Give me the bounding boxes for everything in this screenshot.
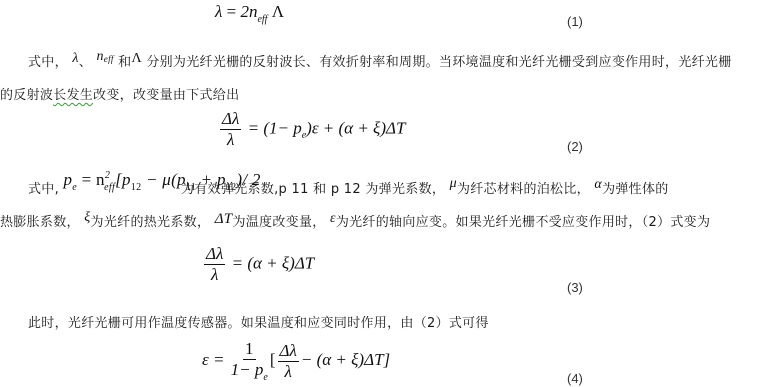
text: = n <box>77 170 105 189</box>
equation-number-1: (1) <box>567 14 583 29</box>
text: 为纤芯材料的泊松比， <box>457 182 590 197</box>
equation-4: ε = 1 1− pe [ Δλ λ − (α + ξ)ΔT] <box>202 340 390 382</box>
paragraph-3: 此时，光纤光栅可用作温度传感器。如果温度和应变同时作用，由（2）式可得 <box>28 316 489 332</box>
fraction-delta-lambda-over-lambda: Δλ λ <box>204 245 225 284</box>
rhs-rest: )ε + (α + ξ)ΔT <box>306 118 405 137</box>
bracket: [ <box>270 350 276 369</box>
superscript-2: 2 <box>105 170 110 181</box>
delta-T-symbol: ΔT <box>215 211 233 227</box>
paragraph-2-line-2: 热膨胀系数， ξ为光纤的热光系数， ΔT为温度改变量， ε为光纤的轴向应变。如果… <box>0 214 710 231</box>
spellcheck-underline[interactable]: 长发生 <box>53 88 93 103</box>
text: 1− p <box>231 360 264 379</box>
text: − μ(p <box>141 170 185 189</box>
Lambda-symbol: Λ <box>131 51 141 66</box>
text: 为有效弹光系数,p 11 和 p 12 为弹光系数， <box>181 182 445 197</box>
rhs: = (1− p <box>248 118 302 137</box>
text: 改变，改变量由下式给出 <box>93 88 239 103</box>
denominator: λ <box>211 265 218 284</box>
subscript-eff: eff <box>257 14 267 25</box>
rhs: = (α + ξ)ΔT <box>232 253 315 272</box>
equals-sign: = <box>227 2 237 21</box>
text: 式中, <box>28 182 59 197</box>
fraction-delta-lambda-over-lambda: Δλ λ <box>220 110 241 149</box>
subscript-e: e <box>263 372 267 383</box>
mu-symbol: μ <box>450 176 457 191</box>
equation-1: λ = 2neff Λ <box>215 2 284 22</box>
denominator: λ <box>227 130 234 149</box>
numerator: Δλ <box>278 342 299 362</box>
alpha-symbol: α <box>594 177 602 192</box>
paragraph-1-line-1: 式中， λ、 neff 和Λ 分别为光纤光栅的反射波长、有效折射率和周期。当环境… <box>28 55 732 71</box>
coefficient: 2n <box>240 2 257 21</box>
subscript-e: e <box>72 182 77 193</box>
paragraph-1-line-2: 的反射波长发生改变，改变量由下式给出 <box>0 88 239 104</box>
fraction-one-over-one-minus-pe: 1 1− pe <box>231 340 268 382</box>
equation-number-4: (4) <box>567 371 583 386</box>
text: 的反射波 <box>0 88 53 103</box>
text: 、 <box>79 55 92 70</box>
paragraph-2-line-1-rest: 为有效弹光系数,p 11 和 p 12 为弹光系数， μ为纤芯材料的泊松比， α… <box>181 182 669 198</box>
text: 分别为光纤光栅的反射波长、有效折射率和周期。当环境温度和光纤光栅受到应变作用时，… <box>146 55 731 70</box>
equation-2: Δλ λ = (1− pe)ε + (α + ξ)ΔT <box>218 110 405 149</box>
text: [p <box>115 170 131 189</box>
subscript-e: e <box>302 130 306 141</box>
text: 式中， <box>28 55 68 70</box>
Lambda-symbol: Λ <box>272 2 284 21</box>
text: 为弹性体的 <box>602 182 669 197</box>
equation-number-2: (2) <box>567 139 583 154</box>
lambda-symbol: λ <box>72 51 78 66</box>
subscript-12: 12 <box>131 182 142 193</box>
text: 为温度改变量， <box>232 215 325 230</box>
text: 热膨胀系数， <box>0 215 80 230</box>
n-symbol: n <box>96 49 103 64</box>
lambda-symbol: λ <box>215 2 222 21</box>
p-symbol: p <box>63 170 72 189</box>
equation-number-3: (3) <box>567 280 583 295</box>
epsilon-symbol: ε <box>330 211 336 226</box>
fraction-delta-lambda-over-lambda: Δλ λ <box>278 342 299 381</box>
denominator: 1− pe <box>231 360 268 382</box>
numerator: 1 <box>243 340 256 360</box>
equation-3: Δλ λ = (α + ξ)ΔT <box>202 245 314 284</box>
numerator: Δλ <box>204 245 225 265</box>
lhs: ε = <box>202 350 224 369</box>
xi-symbol: ξ <box>84 210 90 225</box>
subscript-eff: eff <box>104 182 115 193</box>
text: 和 <box>118 55 131 70</box>
subscript-eff: eff <box>104 54 114 64</box>
rhs-rest: − (α + ξ)ΔT] <box>301 350 390 369</box>
text: 为光纤的热光系数， <box>91 215 211 230</box>
numerator: Δλ <box>220 110 241 130</box>
text: 为光纤的轴向应变。如果光纤光栅不受应变作用时，（2）式变为 <box>336 215 710 230</box>
denominator: λ <box>285 362 292 381</box>
